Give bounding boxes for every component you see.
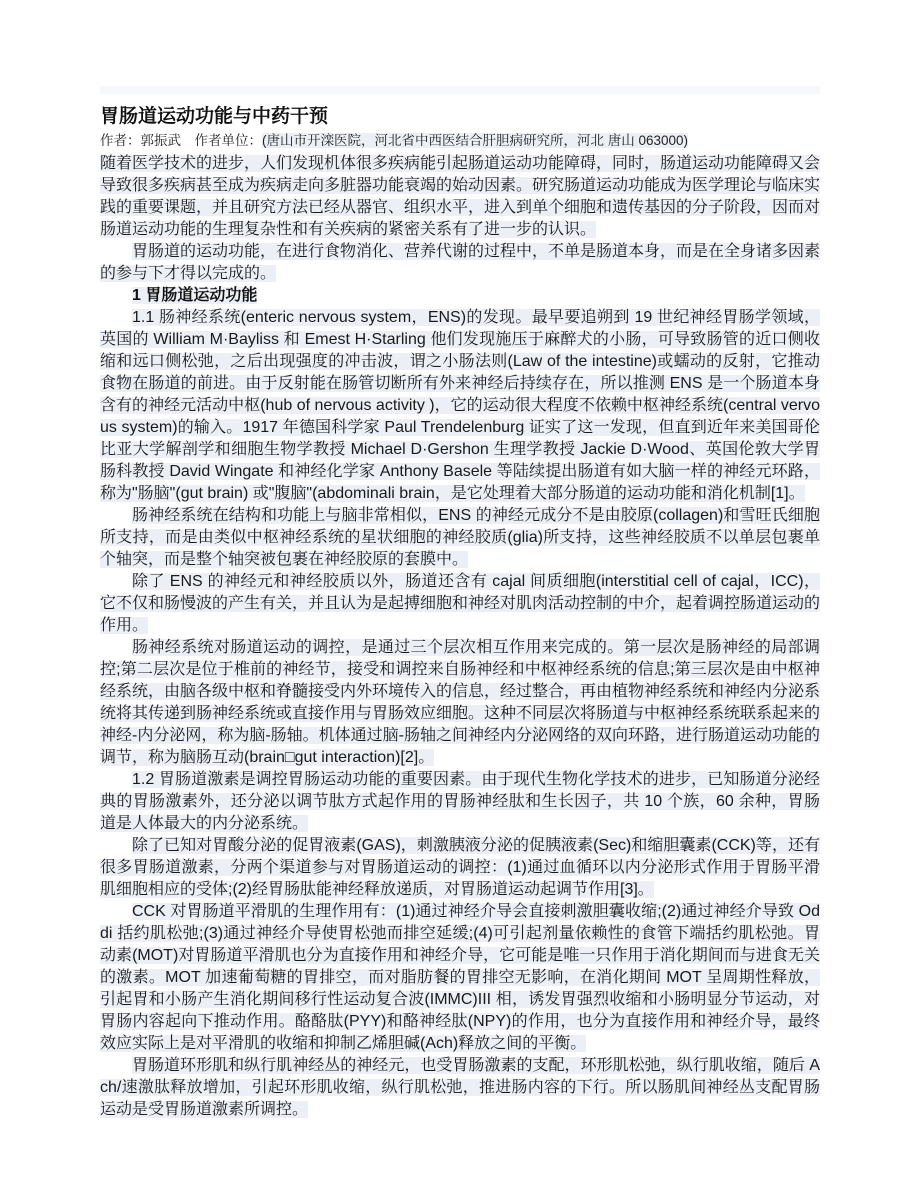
paragraph: 胃肠道的运动功能，在进行食物消化、营养代谢的过程中，不单是肠道本身，而是在全身诸… <box>100 241 820 285</box>
paragraph-text: 肠神经系统对肠道运动的调控，是通过三个层次相互作用来完成的。第一层次是肠神经的局… <box>100 639 820 766</box>
highlight-strip <box>100 86 820 94</box>
paragraph-text: 胃肠道的运动功能，在进行食物消化、营养代谢的过程中，不单是肠道本身，而是在全身诸… <box>100 243 820 282</box>
paragraph-text: 除了 ENS 的神经元和神经胶质以外，肠道还含有 cajal 间质细胞(inte… <box>100 573 820 634</box>
document-page: 胃肠道运动功能与中药干预 作者：郭振武 作者单位：(唐山市开滦医院，河北省中西医… <box>0 0 920 1121</box>
author-label: 作者：郭振武 作者单位： <box>100 133 262 148</box>
paragraph: 1.1 肠神经系统(enteric nervous system，ENS)的发现… <box>100 307 820 505</box>
paragraph: 除了已知对胃酸分泌的促胃液素(GAS)，刺激胰液分泌的促胰液素(Sec)和缩胆囊… <box>100 835 820 901</box>
paragraph: 胃肠道环形肌和纵行肌神经丛的神经元，也受胃肠激素的支配，环形肌松弛，纵行肌收缩，… <box>100 1055 820 1121</box>
author-affiliation: (唐山市开滦医院，河北省中西医结合肝胆病研究所，河北 唐山 063000) <box>262 133 688 148</box>
paragraph-text: 胃肠道环形肌和纵行肌神经丛的神经元，也受胃肠激素的支配，环形肌松弛，纵行肌收缩，… <box>100 1057 820 1118</box>
paragraph: 1.2 胃肠道激素是调控胃肠运动功能的重要因素。由于现代生物化学技术的进步，已知… <box>100 769 820 835</box>
paragraph-text: 肠神经系统在结构和功能上与脑非常相似，ENS 的神经元成分不是由胶原(colla… <box>100 507 820 568</box>
paragraph-text: 1 胃肠道运动功能 <box>132 287 257 304</box>
paragraph: 随着医学技术的进步，人们发现机体很多疾病能引起肠道运动功能障碍，同时，肠道运动功… <box>100 153 820 241</box>
section-heading: 1 胃肠道运动功能 <box>100 285 820 307</box>
paragraph: CCK 对胃肠道平滑肌的生理作用有：(1)通过神经介导会直接刺激胆囊收缩;(2)… <box>100 901 820 1055</box>
paragraph-text: 除了已知对胃酸分泌的促胃液素(GAS)，刺激胰液分泌的促胰液素(Sec)和缩胆囊… <box>100 837 820 898</box>
paragraph-text: CCK 对胃肠道平滑肌的生理作用有：(1)通过神经介导会直接刺激胆囊收缩;(2)… <box>100 903 820 1052</box>
paragraph-text: 1.1 肠神经系统(enteric nervous system，ENS)的发现… <box>100 309 820 502</box>
paragraph: 除了 ENS 的神经元和神经胶质以外，肠道还含有 cajal 间质细胞(inte… <box>100 571 820 637</box>
paragraph: 肠神经系统在结构和功能上与脑非常相似，ENS 的神经元成分不是由胶原(colla… <box>100 505 820 571</box>
paragraph-text: 随着医学技术的进步，人们发现机体很多疾病能引起肠道运动功能障碍，同时，肠道运动功… <box>100 155 820 238</box>
paragraph: 肠神经系统对肠道运动的调控，是通过三个层次相互作用来完成的。第一层次是肠神经的局… <box>100 637 820 769</box>
author-line: 作者：郭振武 作者单位：(唐山市开滦医院，河北省中西医结合肝胆病研究所，河北 唐… <box>100 132 820 150</box>
paragraph-text: 1.2 胃肠道激素是调控胃肠运动功能的重要因素。由于现代生物化学技术的进步，已知… <box>100 771 820 832</box>
article-body: 随着医学技术的进步，人们发现机体很多疾病能引起肠道运动功能障碍，同时，肠道运动功… <box>100 153 820 1121</box>
article-title: 胃肠道运动功能与中药干预 <box>100 104 820 130</box>
